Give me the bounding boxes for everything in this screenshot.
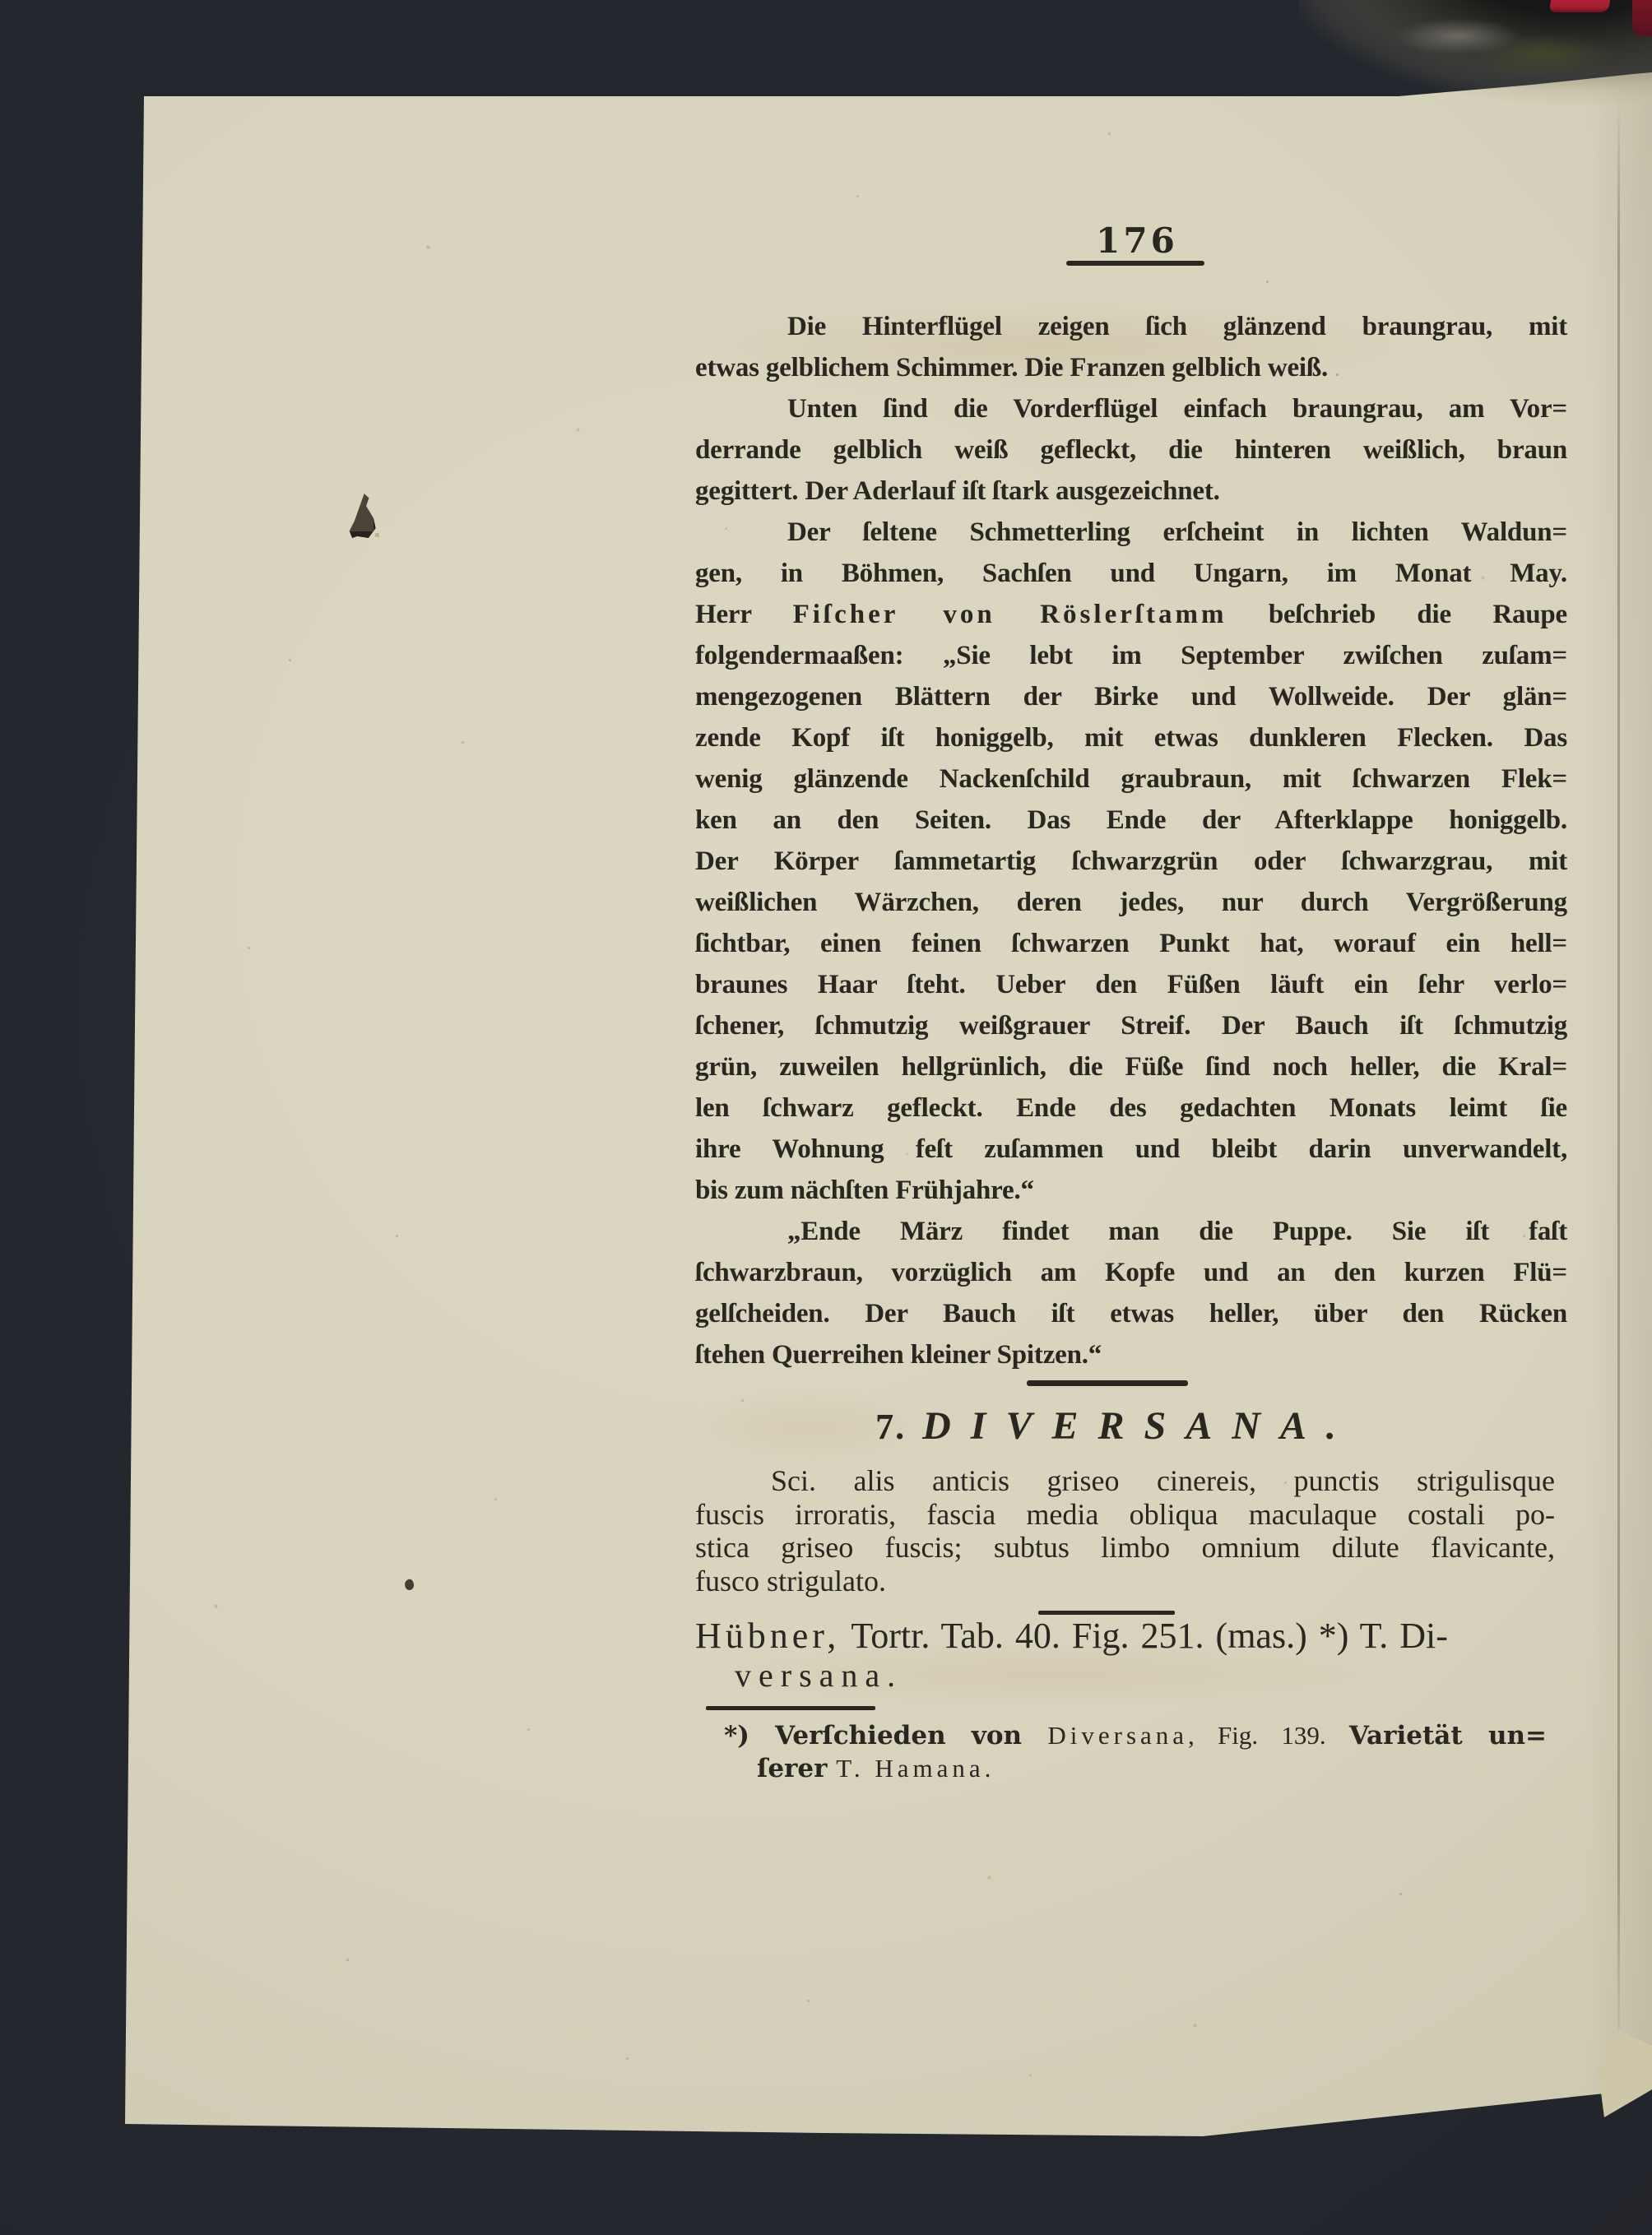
footnote-line: *) Verſchieden von Diversana, Fig. 139. … — [724, 1719, 1547, 1752]
text-segment: Fig. 139. — [1218, 1721, 1349, 1750]
body-line: ſtehen Querreihen kleiner Spitzen.“ — [695, 1334, 1567, 1375]
text-segment: Die Hinterflügel zeigen ſich glänzend br… — [787, 312, 1567, 341]
text-segment: beſchrieb die Raupe — [1227, 600, 1568, 629]
text-segment: , — [1188, 1721, 1218, 1750]
body-line: ken an den Seiten. Das Ende der Afterkla… — [695, 800, 1567, 841]
body-line: ſchener, ſchmutzig weißgrauer Streif. De… — [695, 1005, 1567, 1046]
text-segment: ſichtbar, einen feinen ſchwarzen Punkt h… — [695, 929, 1567, 958]
text-segment: Der Körper ſammetartig ſchwarzgrün oder … — [695, 846, 1567, 876]
text-segment: Diversana — [1047, 1721, 1188, 1750]
citation: Hübner, Tortr. Tab. 40. Fig. 251. (mas.)… — [695, 1617, 1608, 1695]
text-segment: derrande gelblich weiß gefleckt, die hin… — [695, 435, 1567, 465]
body-line: gelſcheiden. Der Bauch iſt etwas heller,… — [695, 1293, 1567, 1334]
body-line: mengezogenen Blättern der Birke und Woll… — [695, 676, 1567, 717]
body-line: Die Hinterflügel zeigen ſich glänzend br… — [695, 306, 1567, 347]
text-segment: zende Kopf iſt honiggelb, mit etwas dunk… — [695, 723, 1567, 753]
body-line: Der Körper ſammetartig ſchwarzgrün oder … — [695, 841, 1567, 882]
text-segment: Varietät un= — [1349, 1721, 1547, 1750]
body-line: etwas gelblichem Schimmer. Die Franzen g… — [695, 347, 1567, 388]
book-page: 176 Die Hinterflügel zeigen ſich glänzen… — [0, 0, 1652, 2235]
text-segment: mengezogenen Blättern der Birke und Woll… — [695, 682, 1567, 712]
body-line: folgendermaaßen: „Sie lebt im September … — [695, 635, 1567, 676]
text-segment: fusco strigulato. — [695, 1565, 886, 1597]
text-segment: braunes Haar ſteht. Ueber den Füßen läuf… — [695, 970, 1567, 999]
body-line: wenig glänzende Nackenſchild graubraun, … — [695, 758, 1567, 800]
text-segment: folgendermaaßen: „Sie lebt im September … — [695, 641, 1567, 670]
species-number: 7. — [875, 1407, 906, 1447]
scan-smudge-glint — [1397, 18, 1520, 54]
text-segment: gelſcheiden. Der Bauch iſt etwas heller,… — [695, 1299, 1567, 1328]
text-segment: weißlichen Wärzchen, deren jedes, nur du… — [695, 888, 1567, 917]
scan-smudge-green — [1471, 33, 1616, 76]
body-line: ihre Wohnung feſt zuſammen und bleibt da… — [695, 1129, 1567, 1170]
text-segment: bis zum nächſten Frühjahre.“ — [695, 1175, 1034, 1205]
body-line: „Ende März findet man die Puppe. Sie iſt… — [695, 1211, 1567, 1252]
text-segment: ſchwarzbraun, vorzüglich am Kopfe und an… — [695, 1258, 1567, 1287]
body-line: ſchwarzbraun, vorzüglich am Kopfe und an… — [695, 1252, 1567, 1293]
diagnosis-line: stica griseo fuscis; subtus limbo omnium… — [695, 1531, 1555, 1565]
body-line: gegittert. Der Aderlauf iſt ſtark ausgez… — [695, 471, 1567, 512]
footnote-rule — [706, 1706, 875, 1710]
page-crease — [1617, 97, 1620, 2063]
diagnosis-line: Sci. alis anticis griseo cinereis, punct… — [695, 1464, 1555, 1498]
text-segment: stica griseo fuscis; subtus limbo omnium… — [695, 1531, 1555, 1564]
text-segment: Verſchieden von — [775, 1721, 1047, 1750]
ink-speck — [403, 1579, 415, 1592]
text-segment: versana. — [735, 1657, 903, 1694]
body-line: bis zum nächſten Frühjahre.“ — [695, 1170, 1567, 1211]
body-text: Die Hinterflügel zeigen ſich glänzend br… — [695, 306, 1567, 1375]
text-segment: *) — [724, 1721, 775, 1750]
page-number: 176 — [1063, 220, 1211, 261]
text-segment: Unten ſind die Vorderflügel einfach brau… — [787, 394, 1567, 424]
body-line: grün, zuweilen hellgrünlich, die Füße ſi… — [695, 1046, 1567, 1087]
body-line: zende Kopf iſt honiggelb, mit etwas dunk… — [695, 717, 1567, 758]
scan-scene: 176 Die Hinterflügel zeigen ſich glänzen… — [0, 0, 1652, 2235]
text-segment: Hübner, — [695, 1616, 840, 1656]
ink-blot — [349, 494, 377, 538]
body-line: ſichtbar, einen feinen ſchwarzen Punkt h… — [695, 923, 1567, 964]
body-line: gen, in Böhmen, Sachſen und Ungarn, im M… — [695, 553, 1567, 594]
citation-line: Hübner, Tortr. Tab. 40. Fig. 251. (mas.)… — [695, 1617, 1608, 1655]
body-line: Herr Fiſcher von Röslerſtamm beſchrieb d… — [695, 594, 1567, 635]
body-line: derrande gelblich weiß gefleckt, die hin… — [695, 429, 1567, 471]
footnote-line: ſerer T. Hamana. — [724, 1752, 1547, 1785]
scan-root: { "scan": { "background_color": "#23262c… — [0, 0, 1652, 2235]
body-line: weißlichen Wärzchen, deren jedes, nur du… — [695, 882, 1567, 923]
red-book-edge — [1632, 0, 1652, 36]
body-line: braunes Haar ſteht. Ueber den Füßen läuf… — [695, 964, 1567, 1005]
text-segment: Tortr. Tab. 40. Fig. 251. (mas.) *) T. D… — [840, 1616, 1448, 1656]
citation-line: versana. — [695, 1657, 1608, 1695]
text-segment: etwas gelblichem Schimmer. Die Franzen g… — [695, 353, 1328, 383]
citation-divider — [1038, 1611, 1175, 1615]
body-line: Unten ſind die Vorderflügel einfach brau… — [695, 388, 1567, 429]
diagnosis-line: fusco strigulato. — [695, 1565, 1555, 1598]
text-segment: wenig glänzende Nackenſchild graubraun, … — [695, 764, 1567, 794]
footnote: *) Verſchieden von Diversana, Fig. 139. … — [724, 1719, 1547, 1785]
diagnosis-line: fuscis irroratis, fascia media obliqua m… — [695, 1498, 1555, 1532]
paper-speckles — [0, 0, 1, 1]
text-segment: Fiſcher von Röslerſtamm — [793, 600, 1227, 629]
text-segment: ihre Wohnung feſt zuſammen und bleibt da… — [695, 1134, 1567, 1164]
text-segment: T. Hamana. — [836, 1754, 995, 1783]
text-segment: gegittert. Der Aderlauf iſt ſtark ausgez… — [695, 476, 1220, 506]
text-segment: Sci. alis anticis griseo cinereis, punct… — [771, 1464, 1555, 1497]
latin-diagnosis: Sci. alis anticis griseo cinereis, punct… — [695, 1464, 1555, 1597]
text-segment: Herr — [695, 600, 793, 629]
text-segment: ſerer — [757, 1754, 836, 1783]
body-line: Der ſeltene Schmetterling erſcheint in l… — [695, 512, 1567, 553]
page-number-underline — [1066, 261, 1204, 266]
text-segment: ſchener, ſchmutzig weißgrauer Streif. De… — [695, 1011, 1567, 1041]
section-divider — [1027, 1380, 1188, 1386]
text-segment: len ſchwarz gefleckt. Ende des gedachten… — [695, 1093, 1567, 1123]
red-ribbon — [1549, 0, 1610, 12]
text-segment: Der ſeltene Schmetterling erſcheint in l… — [787, 517, 1567, 547]
species-heading: 7.DIVERSANA. — [695, 1403, 1536, 1449]
text-segment: ſtehen Querreihen kleiner Spitzen.“ — [695, 1340, 1102, 1370]
species-title: DIVERSANA. — [906, 1404, 1356, 1448]
body-line: len ſchwarz gefleckt. Ende des gedachten… — [695, 1087, 1567, 1129]
text-segment: „Ende März findet man die Puppe. Sie iſt… — [787, 1217, 1567, 1246]
text-segment: gen, in Böhmen, Sachſen und Ungarn, im M… — [695, 559, 1567, 588]
text-segment: fuscis irroratis, fascia media obliqua m… — [695, 1498, 1555, 1531]
text-segment: grün, zuweilen hellgrünlich, die Füße ſi… — [695, 1052, 1567, 1082]
text-segment: ken an den Seiten. Das Ende der Afterkla… — [695, 805, 1567, 835]
